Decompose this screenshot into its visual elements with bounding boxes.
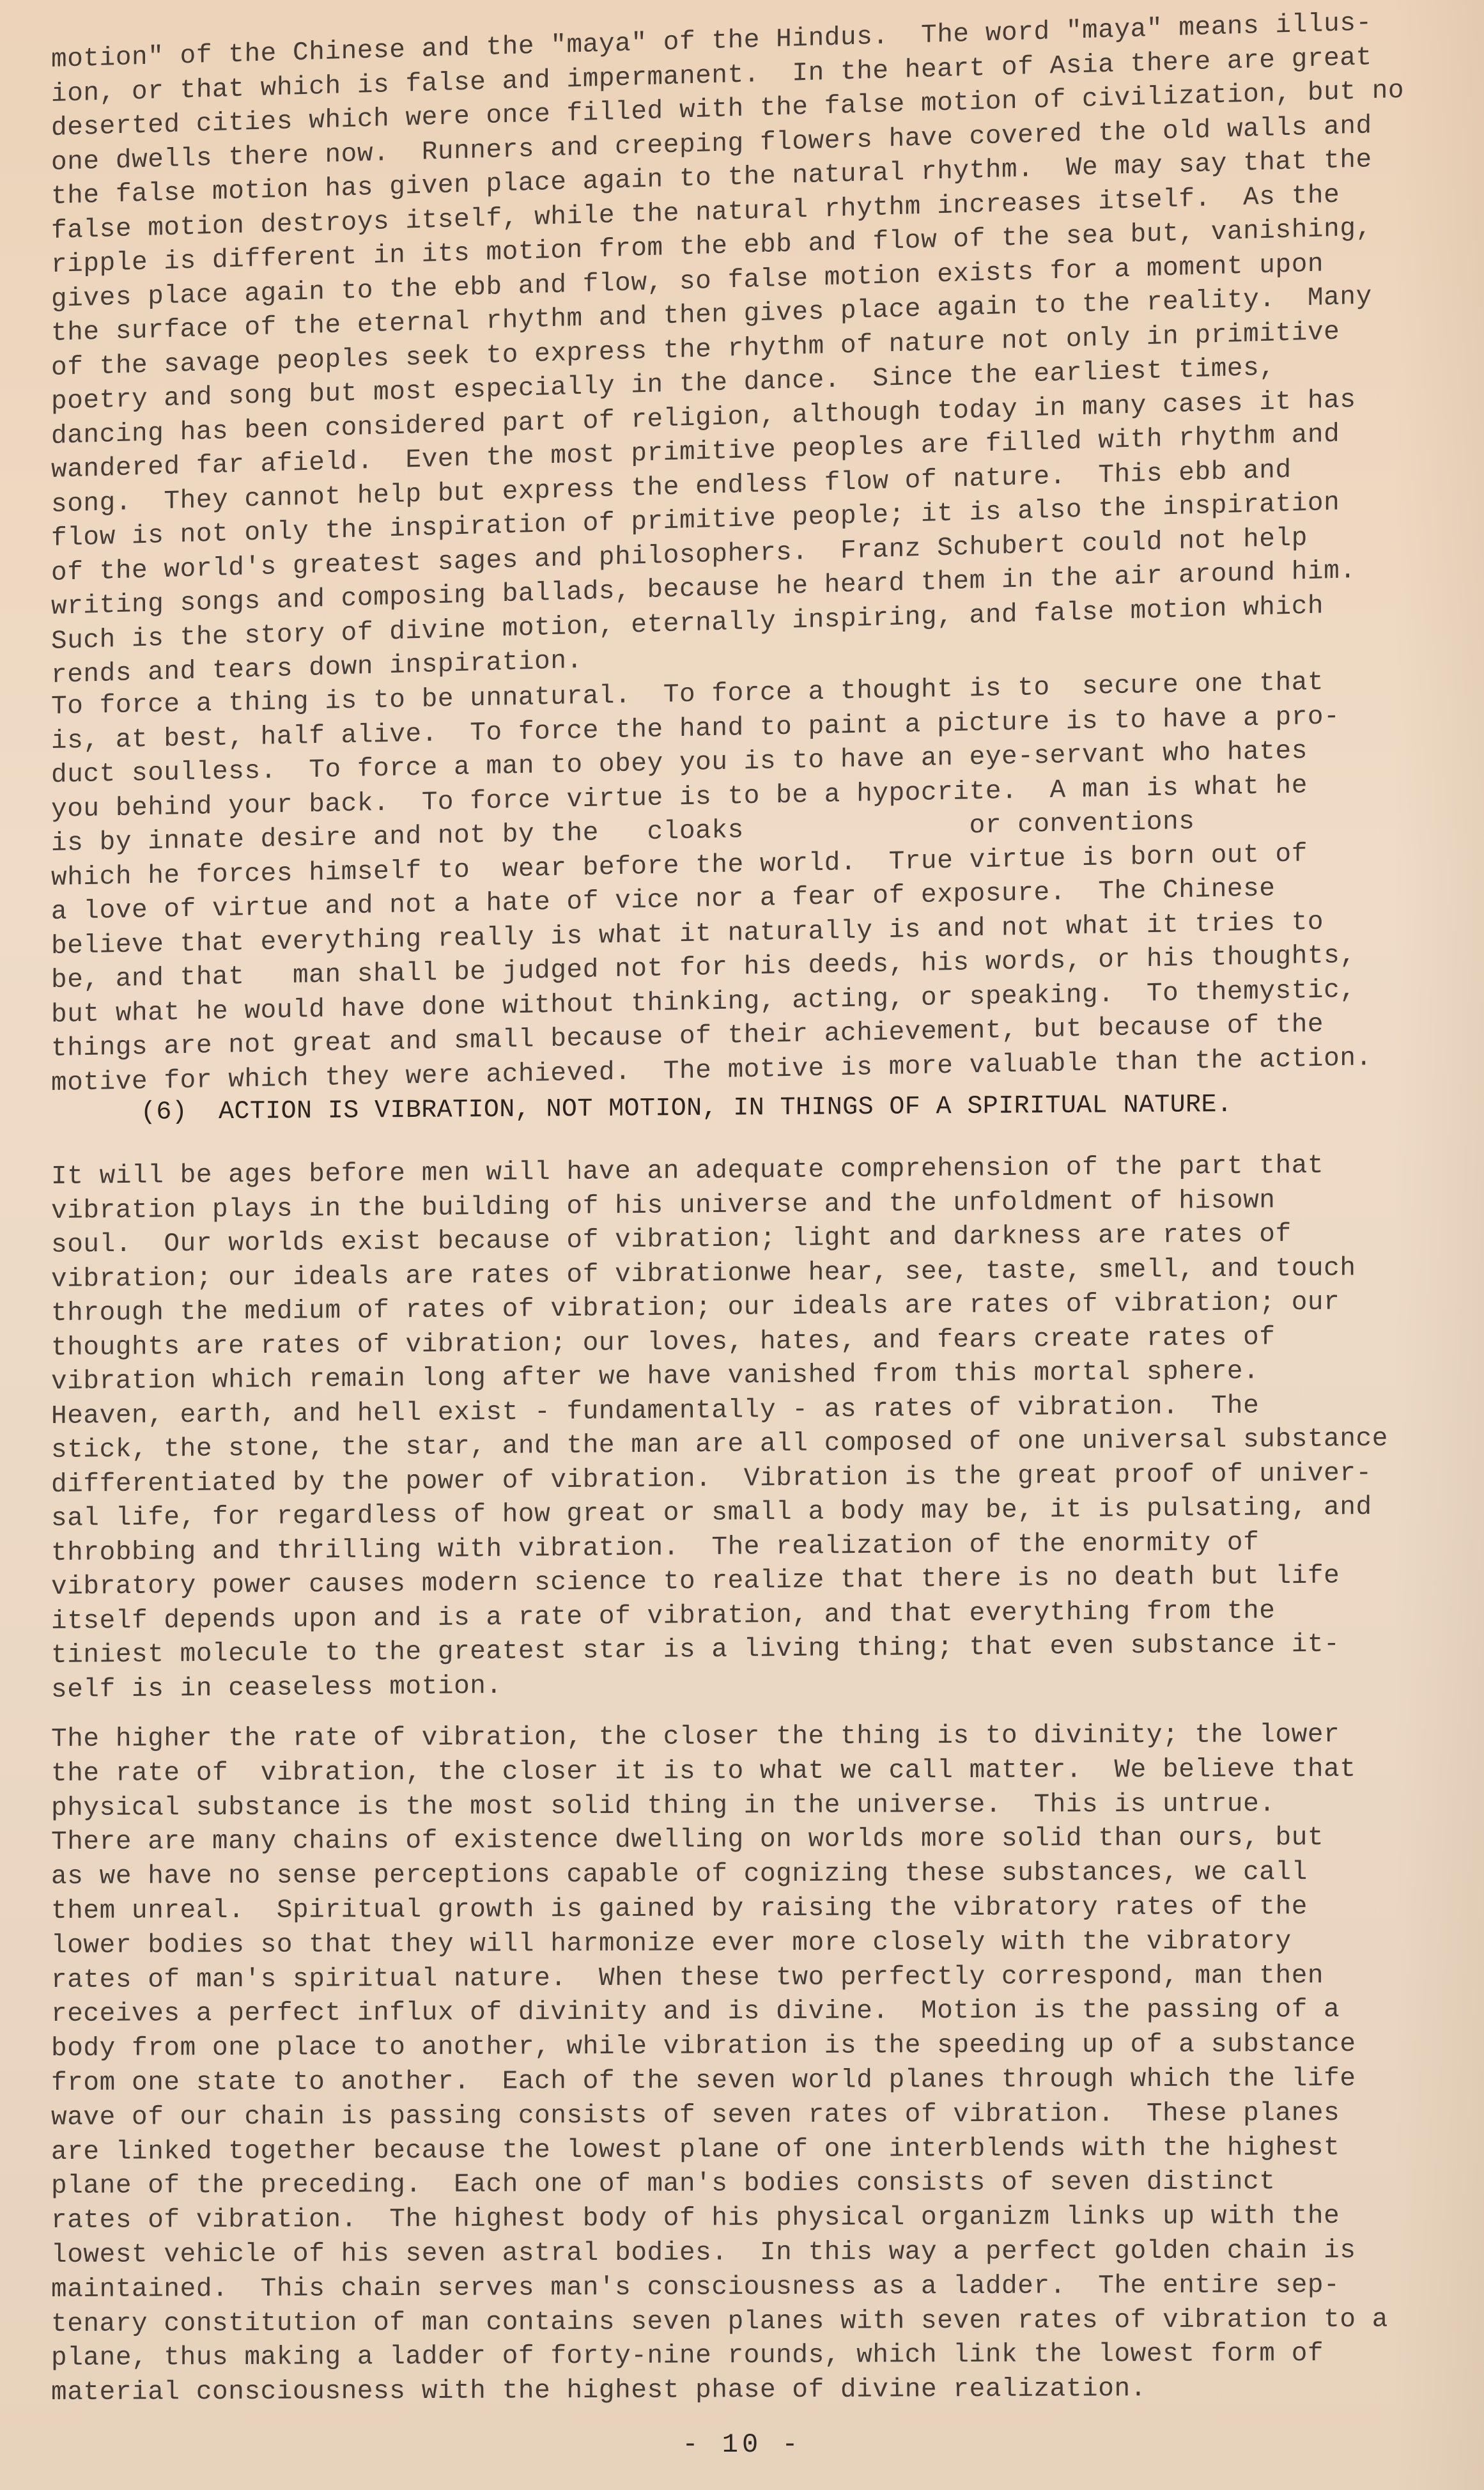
paragraph-vibration: It will be ages before men will have an …	[51, 1160, 1444, 1708]
text-line: The higher the rate of vibration, the cl…	[51, 1718, 1444, 1757]
text-line: physical substance is the most solid thi…	[51, 1787, 1444, 1826]
text-line: maintained. This chain serves man's cons…	[51, 2268, 1444, 2307]
text-line: plane of the preceding. Each one of man'…	[51, 2165, 1444, 2204]
text-line: lowest vehicle of his seven astral bodie…	[51, 2234, 1444, 2273]
text-line: wave of our chain is passing consists of…	[51, 2096, 1444, 2135]
text-line: the rate of vibration, the closer it is …	[51, 1752, 1444, 1791]
text-line: material consciousness with the highest …	[51, 2372, 1444, 2411]
page-number: - 10 -	[0, 2429, 1484, 2460]
typewritten-page: motion" of the Chinese and the "maya" of…	[0, 0, 1484, 2490]
paragraph-forcing: To force a thing is to be unnatural. To …	[51, 690, 1444, 1101]
text-line: them unreal. Spiritual growth is gained …	[51, 1890, 1444, 1929]
text-line: There are many chains of existence dwell…	[51, 1821, 1444, 1860]
text-line: receives a perfect influx of divinity an…	[51, 1993, 1444, 2032]
text-line: are linked together because the lowest p…	[51, 2131, 1444, 2170]
text-line: rates of man's spiritual nature. When th…	[51, 1959, 1444, 1998]
text-line: from one state to another. Each of the s…	[51, 2062, 1444, 2101]
text-line: as we have no sense perceptions capable …	[51, 1856, 1444, 1895]
text-line: lower bodies so that they will harmonize…	[51, 1924, 1444, 1963]
text-line: rates of vibration. The highest body of …	[51, 2200, 1444, 2239]
text-line: body from one place to another, while vi…	[51, 2028, 1444, 2067]
text-line: tenary constitution of man contains seve…	[51, 2303, 1444, 2342]
paragraph-rates-of-vibration: The higher the rate of vibration, the cl…	[51, 1723, 1444, 2411]
paragraph-false-motion: motion" of the Chinese and the "maya" of…	[51, 43, 1444, 694]
text-line: plane, thus making a ladder of forty-nin…	[51, 2337, 1444, 2376]
